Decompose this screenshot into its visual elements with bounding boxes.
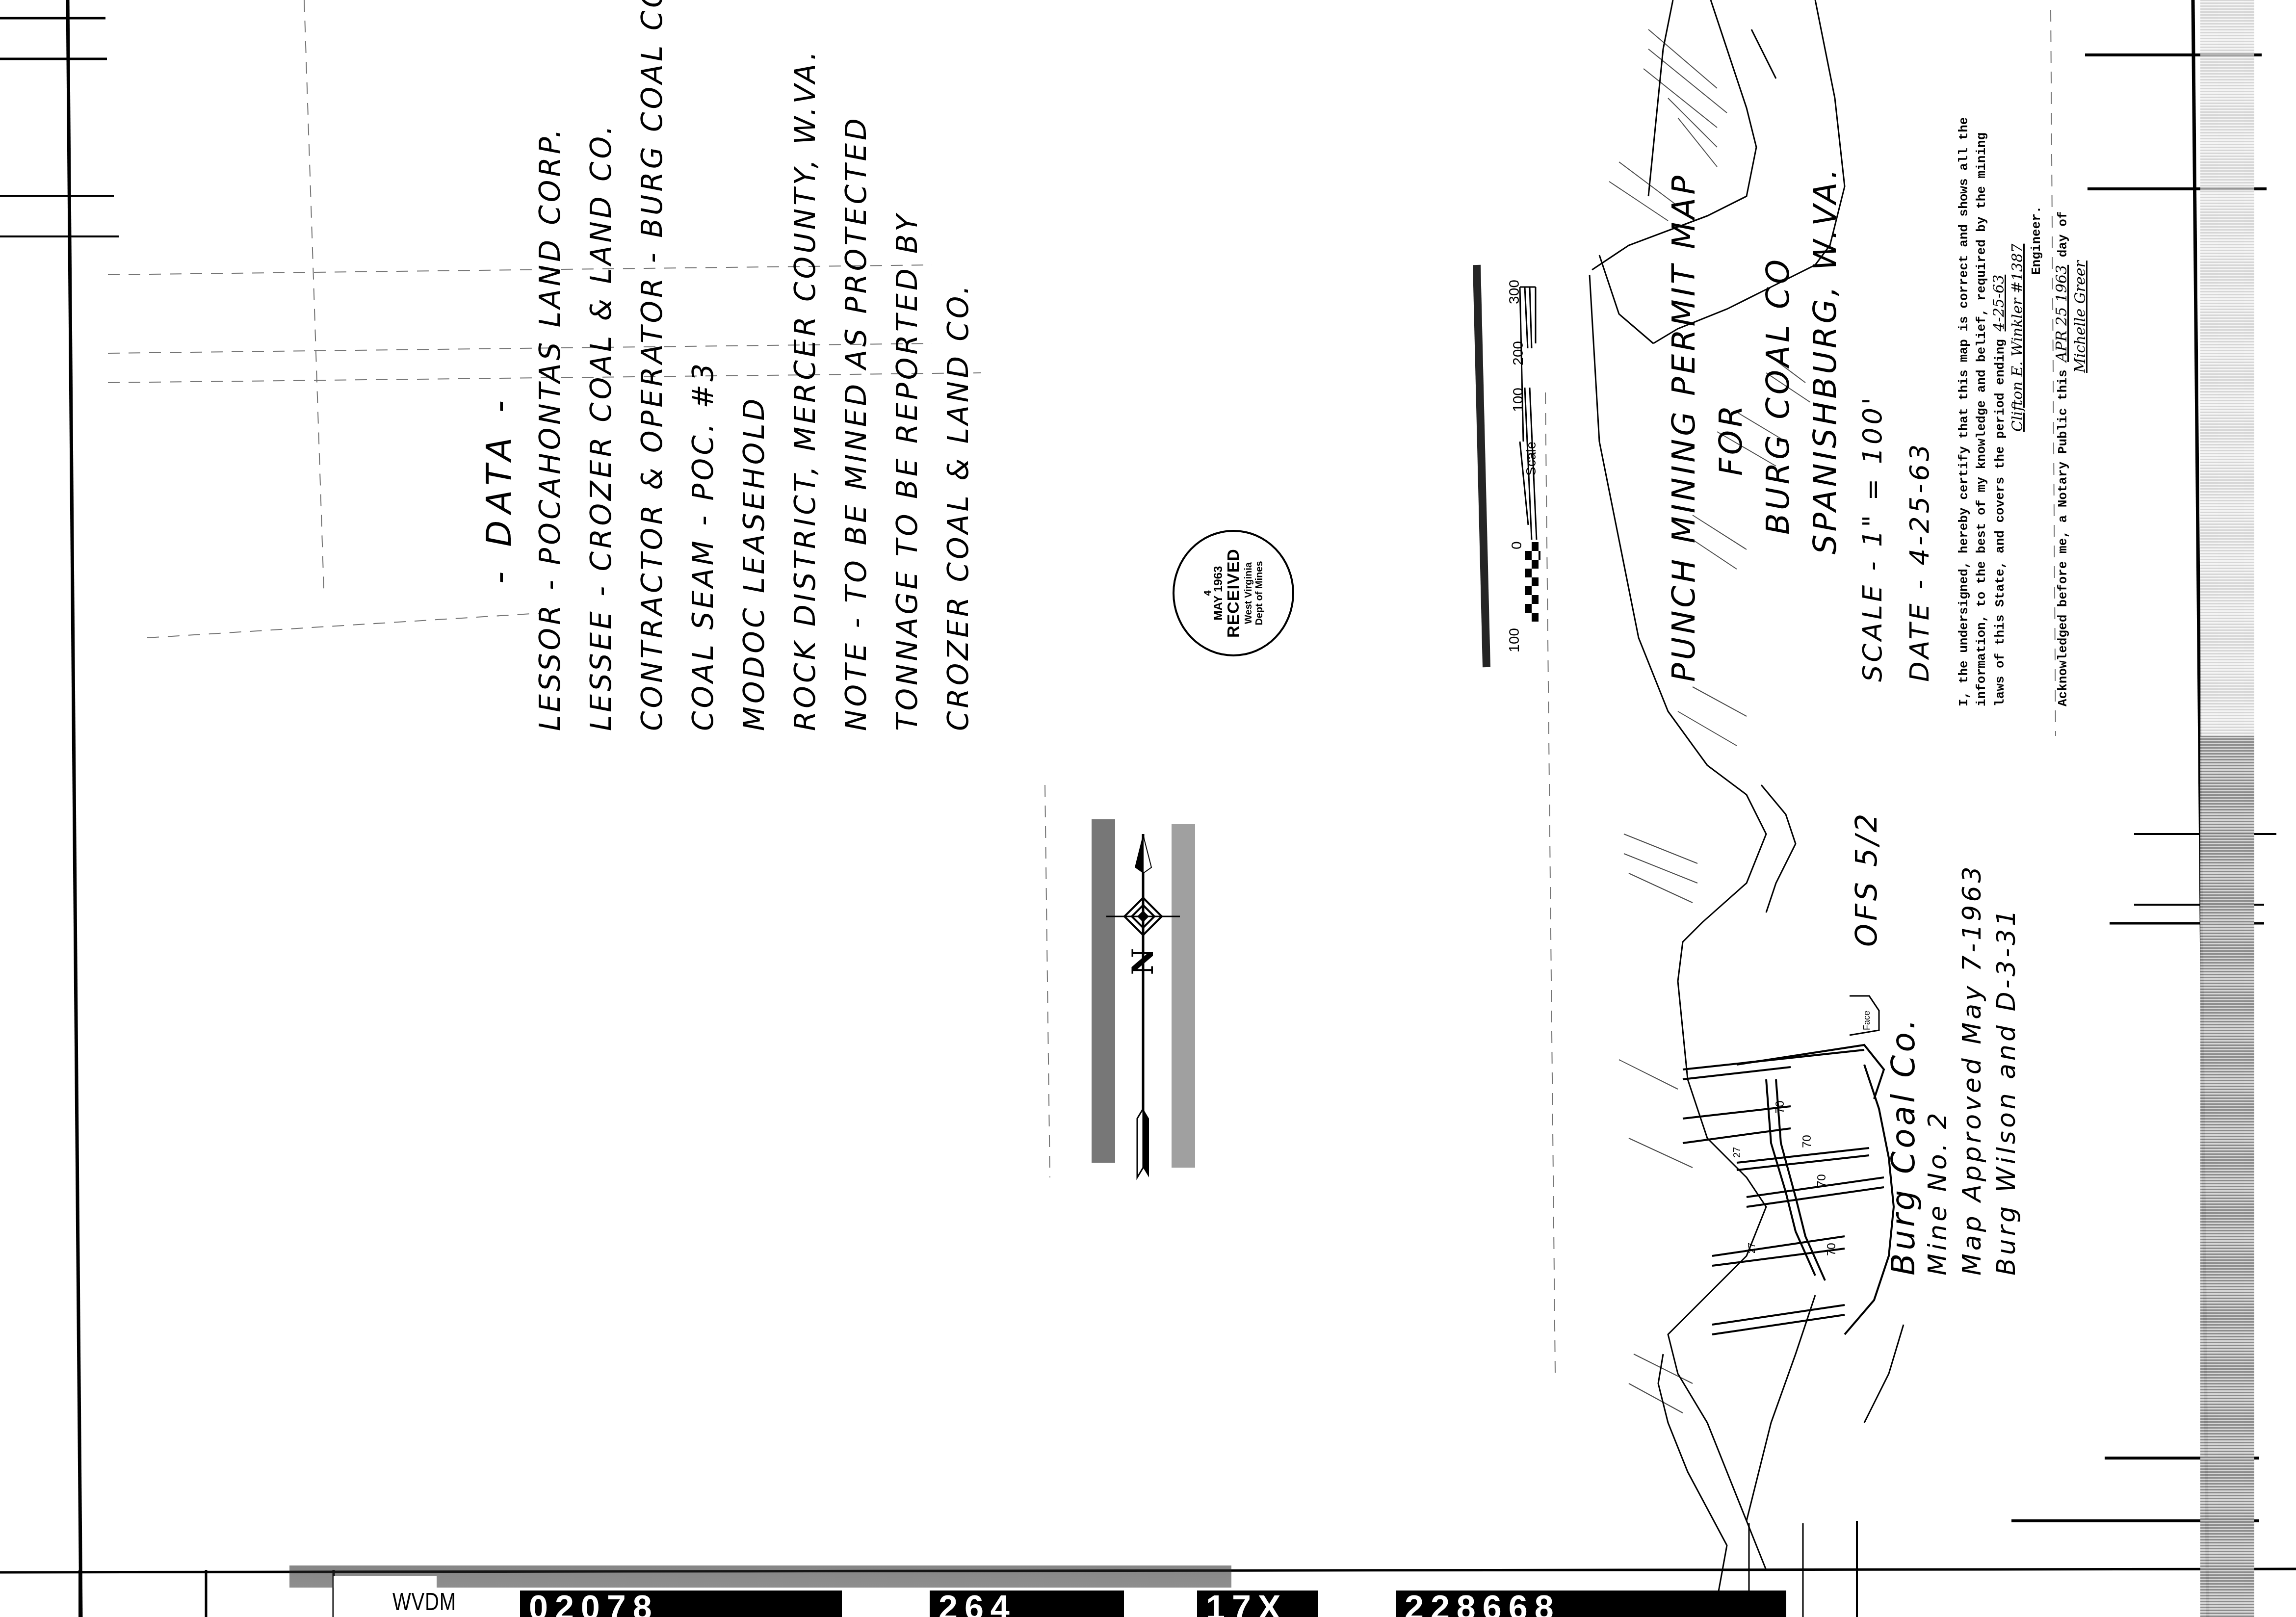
approval-line-mine: Mine No. 2 [1921,863,1955,1276]
data-line-note-3: CROZER COAL & LAND CO. [933,0,984,731]
approval-initials: OFS 5/2 [1850,811,1884,947]
stamp-agency-2: Dept of Mines [1254,548,1265,638]
ack-suffix: day of [2056,211,2070,258]
north-arrow: N [1084,805,1197,1192]
approval-line-date: Map Approved May 7-1963 [1955,863,1989,1276]
data-line-operator: CONTRACTOR & OPERATOR - BURG COAL CO. [626,0,678,731]
dim-label: 27 [1747,1243,1758,1253]
data-line-note-2: TONNAGE TO BE REPORTED BY [882,0,933,731]
scale-tick-0: 0 [1509,541,1525,549]
map-company: BURG COAL CO [1755,166,1802,682]
cert-period-ending: 4-25-63 [1990,275,2008,332]
data-line-coal-seam: COAL SEAM - POC. #3 [678,0,729,731]
engineer-label: Engineer. [2028,117,2045,706]
scale-tick-neg100: 100 [1506,628,1523,652]
film-field-2: 264 [930,1591,1124,1617]
ack-prefix: Acknowledged before me, a Notary Public … [2056,369,2070,706]
scale-tick-100: 100 [1510,388,1527,412]
title-block: PUNCH MINING PERMIT MAP FOR BURG COAL CO… [1661,166,1943,682]
cert-line-3: laws of this State, and covers the perio… [1993,339,2008,706]
approval-line-signoff: Burg Wilson and D-3-31 [1989,863,2024,1276]
dim-label: 70 [1774,1100,1787,1114]
map-title: PUNCH MINING PERMIT MAP [1661,166,1708,682]
engineer-signature: Clifton E. Winkler #1387 [2009,244,2026,432]
received-stamp-text: 4 MAY 1963 RECEIVED West Virginia Dept o… [1202,548,1265,638]
data-line-leasehold: MODOC LEASEHOLD [729,0,780,731]
scale-tick-300: 300 [1506,280,1523,304]
stamp-date: MAY 1963 [1213,548,1224,638]
dim-label: 27 [1732,1147,1743,1158]
cert-line-2: information, to the best of my knowledge… [1973,117,1990,706]
data-line-district: ROCK DISTRICT, MERCER COUNTY, W.VA. [780,0,831,731]
film-prefix: WVDM [392,1588,456,1616]
scale-bar: 100 0 100 200 300 Scale [1467,265,1540,667]
map-date: DATE - 4-25-63 [1896,166,1943,682]
ack-date: APR 25 1963 [2053,265,2070,362]
map-location: SPANISHBURG, W.VA. [1802,166,1849,682]
data-block-title: - DATA - [473,0,524,731]
film-field-4: 228668 [1396,1591,1786,1617]
left-frame-line [68,0,81,1617]
film-field-3: 17X [1197,1591,1318,1617]
north-arrow-label: N [1126,948,1160,975]
face-label: Face [1862,1011,1872,1030]
received-stamp: 4 MAY 1963 RECEIVED West Virginia Dept o… [1173,530,1294,656]
map-title-for: FOR [1708,166,1755,682]
north-arrow-icon: N [1084,805,1197,1192]
cert-line-1: I, the undersigned, hereby certify that … [1955,117,1973,706]
approval-note: Burg Coal Co. Mine No. 2 Map Approved Ma… [1886,863,2024,1276]
stamp-agency-1: West Virginia [1243,548,1254,638]
film-field-1: 02078 [520,1591,842,1617]
margin-shading-dark [2200,736,2254,1617]
data-line-lessee: LESSEE - CROZER COAL & LAND CO. [575,0,626,731]
dim-label: 70 [1825,1243,1839,1256]
data-block: - DATA - LESSOR - POCAHONTAS LAND CORP. … [473,0,984,731]
dim-label: 70 [1815,1174,1829,1187]
mine-workings [1683,1045,1894,1334]
data-line-lessor: LESSOR - POCAHONTAS LAND CORP. [524,0,575,731]
map-scale: SCALE - 1" = 100' [1849,166,1896,682]
certification-block: I, the undersigned, hereby certify that … [1955,117,2090,706]
data-line-note: NOTE - TO BE MINED AS PROTECTED [831,0,882,731]
approval-line-company: Burg Coal Co. [1886,863,1921,1276]
notary-signature: Michelle Greer [2072,261,2089,373]
scale-label: Scale [1523,442,1539,476]
stamp-label: RECEIVED [1224,548,1243,638]
dim-label: 70 [1800,1135,1814,1148]
scale-tick-200: 200 [1510,341,1527,365]
